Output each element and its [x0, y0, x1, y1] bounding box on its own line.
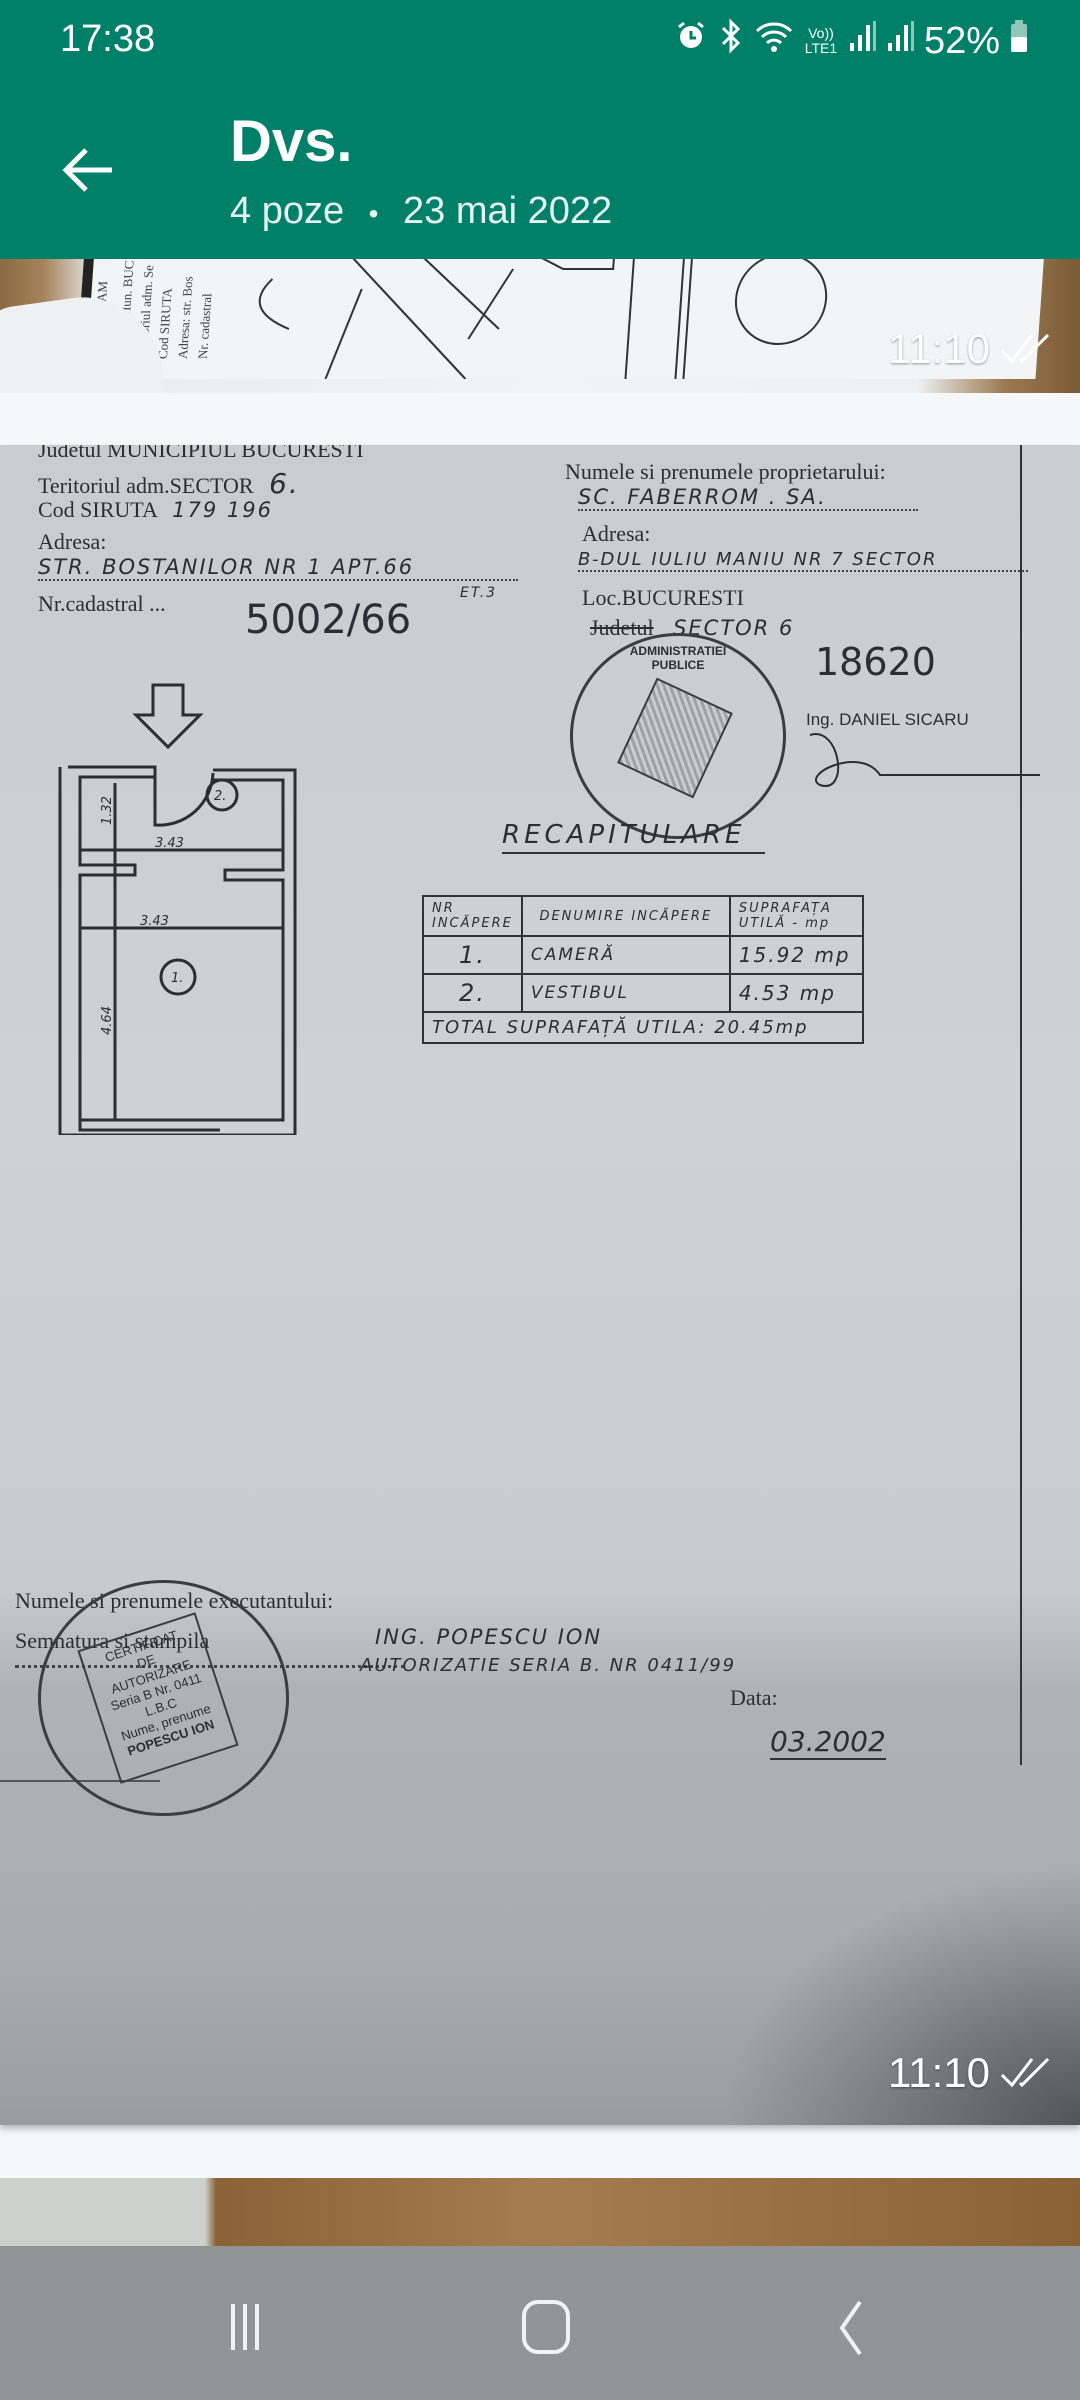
recap-title: RECAPITULARE [502, 820, 765, 854]
doc-teritoriul: Teritoriul adm.SECTOR 6. [38, 467, 300, 500]
recap-table: NR INCĂPERE DENUMIRE INCĂPERE SUPRAFAȚA … [422, 895, 864, 1044]
doc-adresa-value: STR. BOSTANILOR NR 1 APT.66 [38, 555, 518, 581]
doc-owner-adresa-value: B-DUL IULIU MANIU NR 7 SECTOR [578, 549, 1028, 572]
doc-loc: Loc.BUCURESTI [582, 585, 744, 611]
table-row: 1. CAMERĂ 15.92 mp [423, 936, 863, 974]
svg-text:Cod SIRUTA: Cod SIRUTA [155, 288, 175, 359]
table-header-row: NR INCĂPERE DENUMIRE INCĂPERE SUPRAFAȚA … [423, 896, 863, 936]
photo-message-1[interactable]: PLAN DE AM Judetul Mun. BUC Teritoriul a… [0, 259, 1080, 393]
arrow-left-icon [54, 134, 126, 206]
floor-plan: 2. 1. 1.32 3.43 3.43 4.64 [55, 675, 305, 1135]
stamp-top-text: ADMINISTRATIEI PUBLICE [603, 644, 753, 672]
table-cell: CAMERĂ [522, 936, 730, 974]
doc-adresa-label: Adresa: [38, 529, 106, 555]
signal-sim1-icon [848, 19, 876, 63]
table-cell: 2. [423, 974, 522, 1012]
teritoriul-value: 6. [269, 467, 300, 500]
doc-etaj: ET.3 [460, 585, 497, 601]
judetul-label: Judetul [590, 615, 654, 640]
table-header: NR INCĂPERE [423, 896, 522, 936]
svg-text:4.64: 4.64 [100, 1006, 115, 1035]
doc-cadastral-label: Nr.cadastral ... [38, 591, 166, 617]
doc-siruta: Cod SIRUTA 179 196 [38, 497, 273, 523]
back-chevron-icon [820, 2296, 880, 2356]
chat-title: Dvs. [230, 108, 353, 175]
svg-text:3.43: 3.43 [140, 914, 169, 929]
battery-icon [1010, 19, 1028, 63]
recent-apps-icon [215, 2296, 275, 2356]
official-stamp-top: ADMINISTRATIEI PUBLICE [570, 633, 786, 839]
table-row: 2. VESTIBUL 4.53 mp [423, 974, 863, 1012]
siruta-value: 179 196 [172, 498, 273, 522]
chat-subtitle: 4 poze • 23 mai 2022 [230, 190, 612, 233]
svg-text:Nr. cadastral: Nr. cadastral [195, 293, 215, 359]
room-2-label: 2. [214, 789, 226, 804]
official-stamp-bottom: CERTIFICAT DE AUTORIZARE Seria B Nr. 041… [38, 1580, 289, 1816]
message-meta: 11:10 [888, 2049, 1050, 2097]
doc-owner-label: Numele si prenumele proprietarului: [565, 459, 886, 485]
double-check-icon [1000, 331, 1050, 367]
stamp-bottom-inner: CERTIFICAT DE AUTORIZARE Seria B Nr. 041… [77, 1612, 238, 1783]
back-button[interactable] [54, 134, 126, 206]
message-time: 11:10 [888, 2049, 990, 2097]
document-image: Judetul MUNICIPIUL BUCURESTI Teritoriul … [0, 445, 1060, 1785]
table-header: SUPRAFAȚA UTILĂ - mp [730, 896, 863, 936]
doc-owner-value: SC. FABERROM . SA. [578, 485, 918, 511]
home-button[interactable] [506, 2286, 586, 2366]
battery-percent: 52% [924, 20, 1000, 63]
table-total: TOTAL SUPRAFAȚĂ UTILA: 20.45mp [423, 1012, 863, 1043]
table-cell: 15.92 mp [730, 936, 863, 974]
message-meta: 11:10 [888, 325, 1050, 373]
status-bar: 17:38 Vo)) LTE1 52% [0, 0, 1080, 80]
doc-judetul: Judetul MUNICIPIUL BUCURESTI [38, 445, 364, 463]
message-time: 11:10 [888, 325, 990, 373]
doc-reg-number: 18620 [815, 640, 936, 684]
table-cell: 1. [423, 936, 522, 974]
doc-autorizatie: AUTORIZATIE SERIA B. NR 0411/99 [360, 1655, 736, 1676]
volte-lte1-icon: Vo)) LTE1 [804, 26, 838, 56]
system-nav-bar [0, 2246, 1080, 2400]
coat-of-arms [617, 678, 733, 799]
doc-owner-adresa-label: Adresa: [582, 521, 650, 547]
home-icon [516, 2296, 576, 2356]
svg-text:3.43: 3.43 [155, 836, 184, 851]
doc-executant-name: ING. POPESCU ION [375, 1625, 602, 1649]
svg-text:1.32: 1.32 [100, 796, 115, 825]
signal-sim2-icon [886, 19, 914, 63]
signature-mark [800, 715, 1050, 805]
table-cell: 4.53 mp [730, 974, 863, 1012]
doc-data-value: 03.2002 [770, 1725, 886, 1760]
status-icons: Vo)) LTE1 52% [674, 18, 1028, 64]
double-check-icon [1000, 2055, 1050, 2091]
siruta-label: Cod SIRUTA [38, 497, 157, 522]
app-header: 17:38 Vo)) LTE1 52% Dvs. [0, 0, 1080, 259]
document-border [1020, 445, 1022, 1765]
table-header: DENUMIRE INCĂPERE [522, 896, 730, 936]
chat-date: 23 mai 2022 [403, 190, 612, 232]
teritoriul-label: Teritoriul adm.SECTOR [38, 473, 254, 498]
photo-count: 4 poze [230, 190, 344, 232]
wifi-icon [754, 19, 794, 63]
photo-message-3[interactable] [0, 2178, 1080, 2246]
photo-message-2[interactable]: Judetul MUNICIPIUL BUCURESTI Teritoriul … [0, 445, 1080, 2125]
alarm-icon [674, 19, 708, 63]
table-cell: VESTIBUL [522, 974, 730, 1012]
recent-apps-button[interactable] [205, 2286, 285, 2366]
doc-data-label: Data: [730, 1685, 778, 1711]
svg-text:Adresa: str. Bos: Adresa: str. Bos [175, 276, 196, 359]
subtitle-separator: • [369, 198, 379, 229]
status-time: 17:38 [60, 18, 155, 61]
table-total-row: TOTAL SUPRAFAȚĂ UTILA: 20.45mp [423, 1012, 863, 1043]
bluetooth-icon [718, 18, 744, 64]
room-1-label: 1. [171, 971, 183, 986]
doc-cadastral-value: 5002/66 [245, 597, 411, 643]
nav-back-button[interactable] [810, 2286, 890, 2366]
